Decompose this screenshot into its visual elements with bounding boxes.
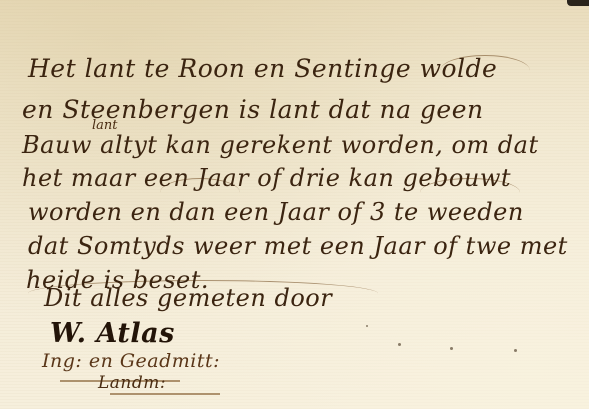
text-line-3: Bauw altyt kan gerekent worden, om dat bbox=[22, 131, 539, 159]
signature-name: W. Atlas bbox=[50, 318, 175, 349]
signature-place: Landm: bbox=[98, 373, 166, 393]
paper-speck bbox=[514, 349, 517, 352]
page-corner-shadow bbox=[567, 0, 589, 6]
underline-rule bbox=[110, 393, 220, 395]
text-line-5: worden en dan een Jaar of 3 te weeden bbox=[28, 198, 524, 226]
manuscript-page: Het lant te Roon en Sentinge wolde en St… bbox=[0, 0, 589, 409]
text-line-4: het maar een Jaar of drie kan gebouwt bbox=[22, 164, 511, 192]
signature-title: Ing: en Geadmitt: bbox=[42, 350, 220, 372]
text-line-6: dat Somtyds weer met een Jaar of twe met bbox=[28, 232, 568, 260]
signature-intro: Dit alles gemeten door bbox=[44, 284, 332, 312]
paper-speck bbox=[450, 347, 453, 350]
text-line-1: Het lant te Roon en Sentinge wolde bbox=[28, 54, 497, 83]
paper-speck bbox=[398, 343, 401, 346]
paper-speck bbox=[366, 325, 368, 327]
